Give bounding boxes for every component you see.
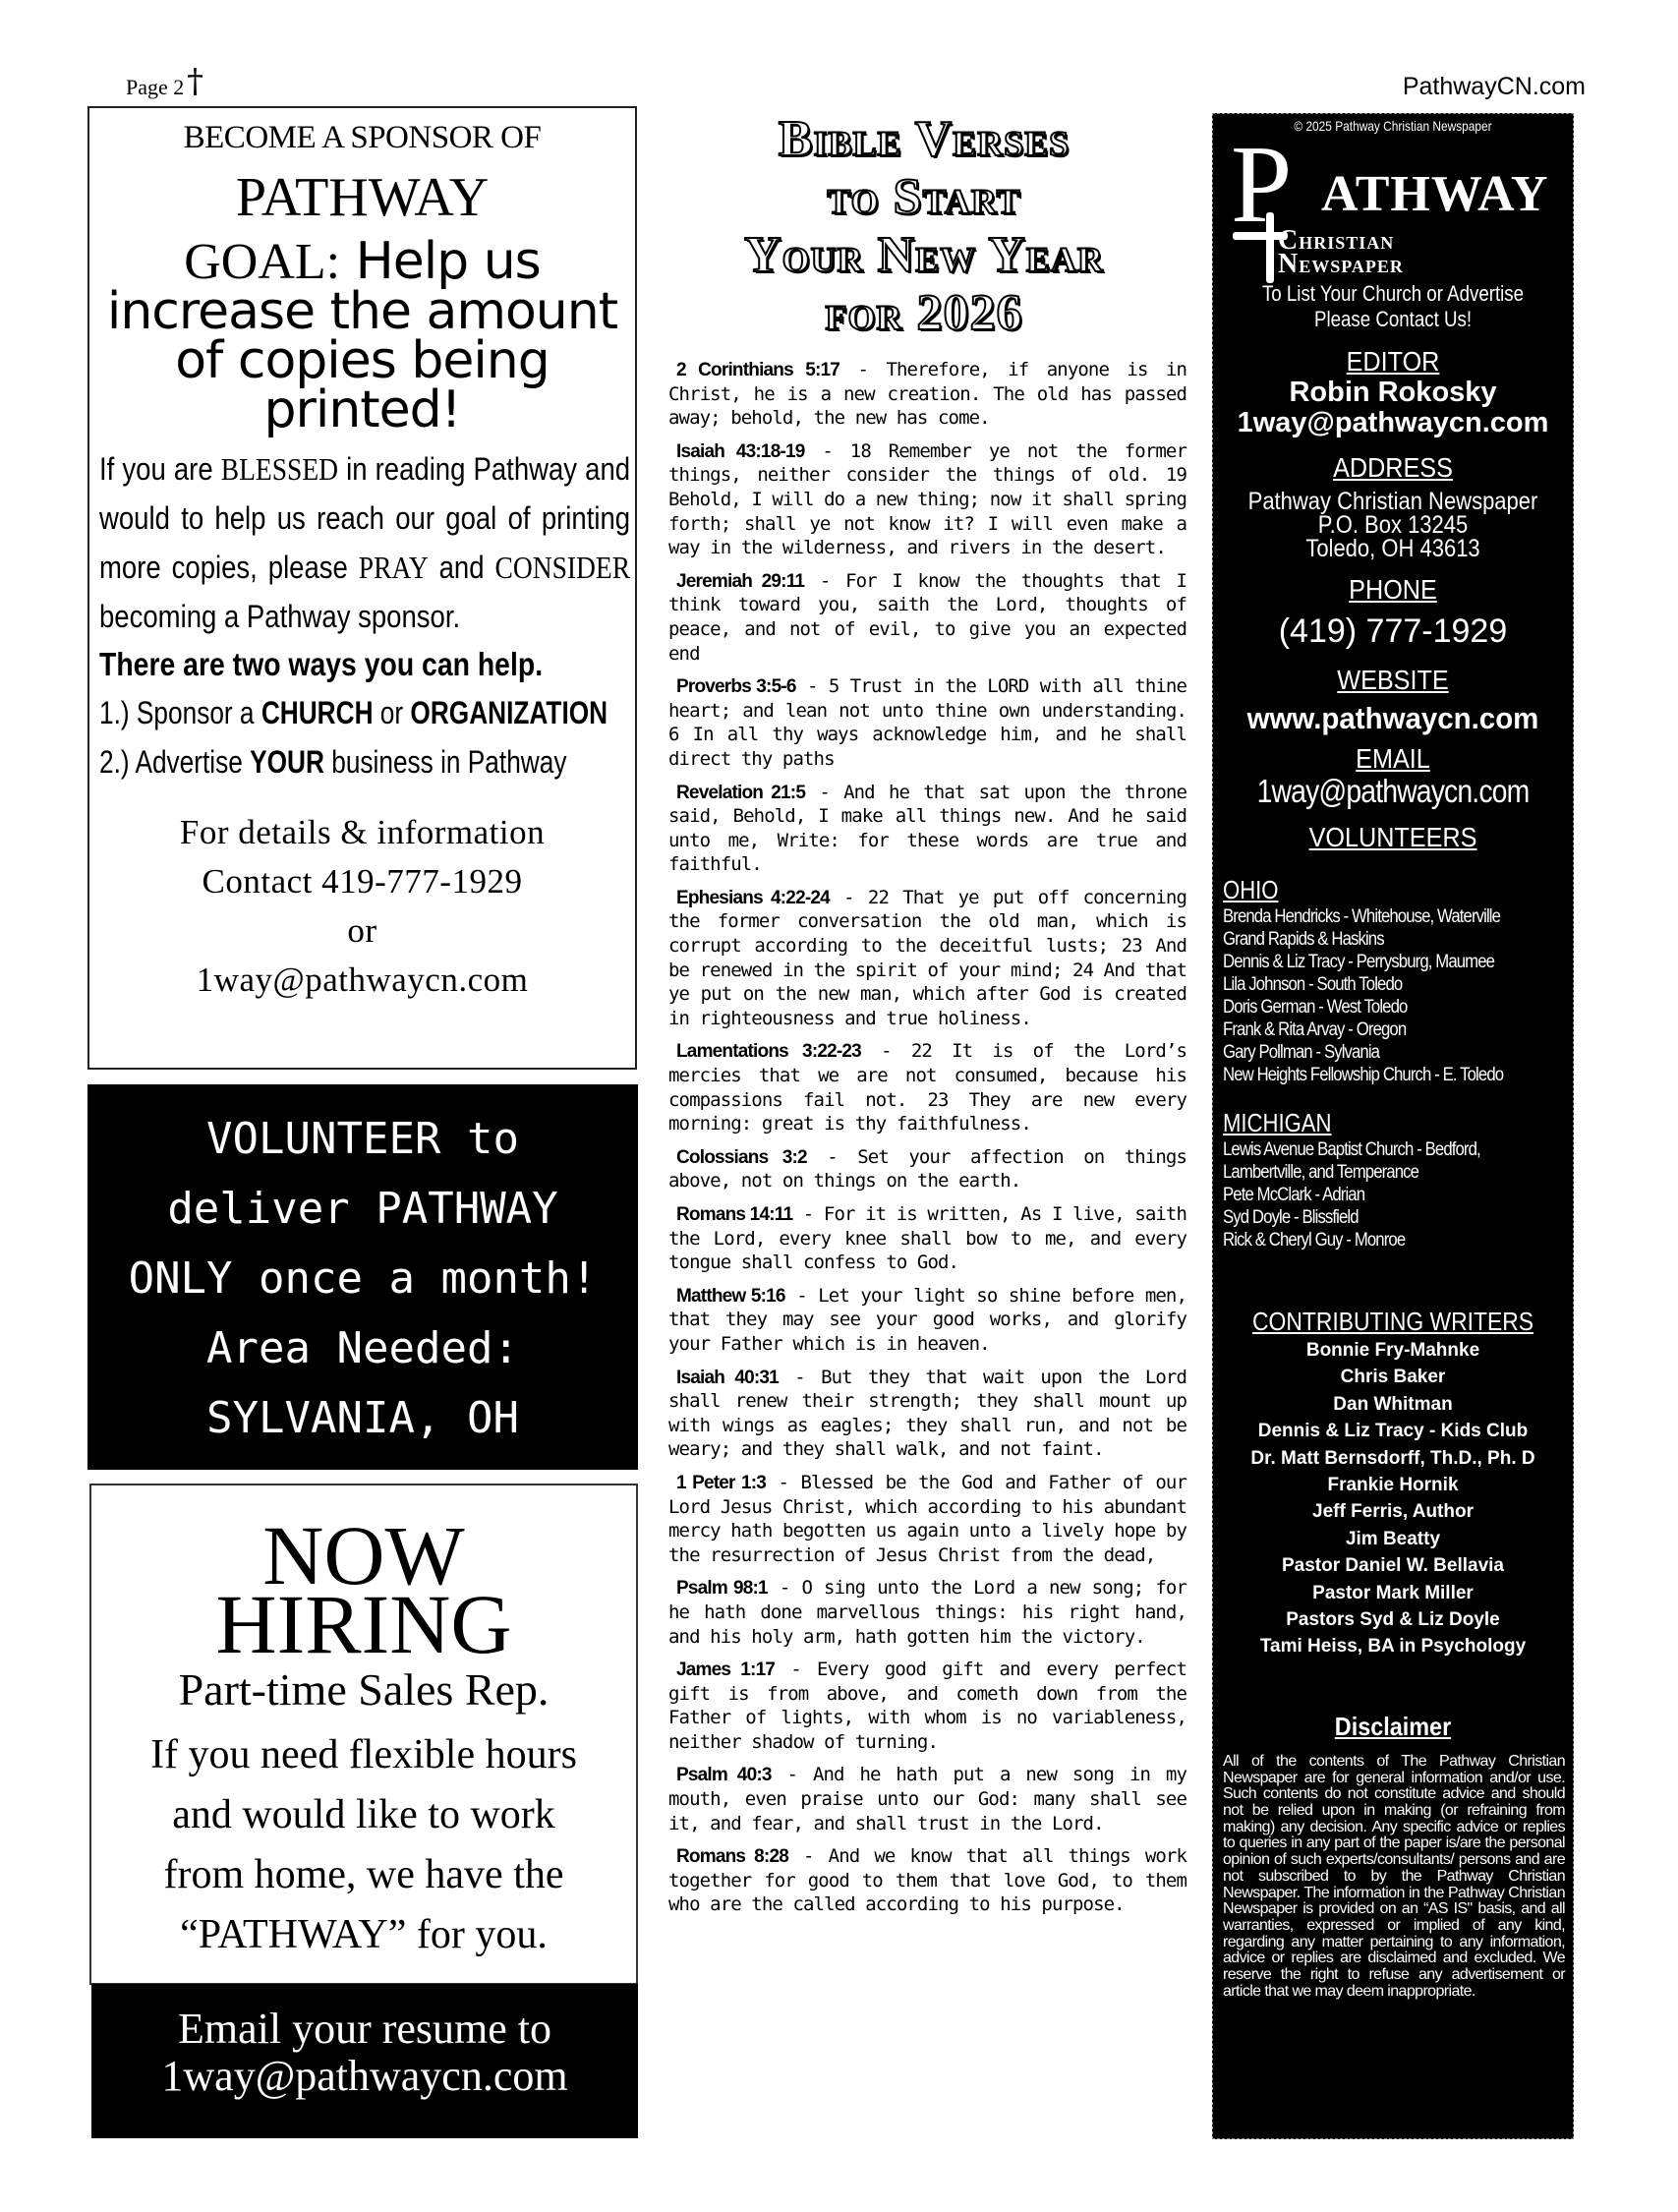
email-link[interactable]: 1way@pathwaycn.com <box>1239 775 1548 808</box>
verse-item: Isaiah 43:18-19 - 18 Remember ye not the… <box>668 439 1186 560</box>
volunteer-line: Area Needed: <box>87 1313 638 1383</box>
verse-item: Lamentations 3:22-23 - 22 It is of the L… <box>668 1039 1186 1135</box>
volunteer-line: ONLY once a month! <box>87 1244 638 1313</box>
verse-ref: Lamentations 3:22-23 <box>668 1041 861 1062</box>
volunteers-heading: VOLUNTEERS <box>1231 822 1554 853</box>
site-name: PathwayCN.com <box>1403 73 1586 101</box>
michigan-heading: MICHIGAN <box>1223 1108 1521 1138</box>
volunteer-item: Lila Johnson - South Toledo <box>1223 973 1531 996</box>
verse-item: 2 Corinthians 5:17 - Therefore, if anyon… <box>668 358 1186 431</box>
verse-ref: Isaiah 40:31 <box>668 1368 779 1388</box>
volunteer-line: SYLVANIA, OH <box>87 1383 638 1453</box>
page-number: Page 2 <box>126 75 184 100</box>
volunteer-item: Gary Pollman - Sylvania <box>1223 1041 1531 1064</box>
volunteer-item: Grand Rapids & Haskins <box>1223 928 1531 951</box>
hiring-headline: NOW HIRING <box>91 1521 636 1659</box>
writer-item: Pastor Mark Miller <box>1213 1580 1573 1606</box>
verse-ref: Ephesians 4:22-24 <box>668 888 830 908</box>
disclaimer-heading: Disclaimer <box>1231 1712 1554 1742</box>
website-link[interactable]: www.pathwaycn.com <box>1222 700 1564 737</box>
verse-ref: Proverbs 3:5-6 <box>668 676 796 697</box>
verse-ref: Psalm 98:1 <box>668 1578 768 1599</box>
sponsor-contact: For details & information Contact 419-77… <box>89 808 635 1005</box>
listing-cta: To List Your Church or Advertise Please … <box>1240 281 1545 332</box>
ohio-heading: OHIO <box>1223 875 1521 905</box>
volunteer-item: Frank & Rita Arvay - Oregon <box>1223 1019 1531 1041</box>
pathway-logo: P ATHWAY CHRISTIAN NEWSPAPER <box>1213 134 1573 281</box>
verse-ref: Isaiah 43:18-19 <box>668 441 805 462</box>
verse-ref: Jeremiah 29:11 <box>668 571 804 592</box>
verse-item: Isaiah 40:31 - But they that wait upon t… <box>668 1366 1186 1462</box>
verse-ref: Romans 8:28 <box>668 1846 788 1867</box>
volunteer-item: Doris German - West Toledo <box>1223 996 1531 1019</box>
email-heading: EMAIL <box>1231 743 1554 775</box>
hiring-role: Part-time Sales Rep. <box>91 1662 636 1717</box>
hiring-ad: NOW HIRING Part-time Sales Rep. If you n… <box>89 1484 638 1985</box>
cross-icon: † <box>187 65 203 98</box>
sponsor-title: PATHWAY <box>89 166 635 229</box>
verse-ref: James 1:17 <box>668 1659 775 1680</box>
verse-item: Jeremiah 29:11 - For I know the thoughts… <box>668 569 1186 666</box>
editor-email[interactable]: 1way@pathwaycn.com <box>1213 408 1573 438</box>
verse-ref: 1 Peter 1:3 <box>668 1473 766 1493</box>
volunteer-item: Pete McClark - Adrian <box>1223 1184 1531 1206</box>
disclaimer-text: All of the contents of The Pathway Chris… <box>1223 1754 1565 2001</box>
masthead-sidebar: © 2025 Pathway Christian Newspaper P ATH… <box>1212 113 1574 2139</box>
writer-item: Chris Baker <box>1213 1364 1573 1390</box>
volunteer-item: Dennis & Liz Tracy - Perrysburg, Maumee <box>1223 951 1531 973</box>
volunteer-item: Syd Doyle - Blissfield <box>1223 1206 1531 1229</box>
phone-number[interactable]: (419) 777-1929 <box>1213 611 1573 651</box>
sponsor-phone[interactable]: Contact 419-777-1929 <box>89 857 635 906</box>
verse-item: James 1:17 - Every good gift and every p… <box>668 1658 1186 1754</box>
writer-item: Tami Heiss, BA in Psychology <box>1213 1633 1573 1659</box>
verse-ref: Revelation 21:5 <box>668 783 805 803</box>
volunteer-line: VOLUNTEER to <box>87 1104 638 1174</box>
volunteer-item: Brenda Hendricks - Whitehouse, Watervill… <box>1223 905 1531 928</box>
sponsor-way-2: 2.) Advertise YOUR business in Pathway <box>99 737 539 786</box>
hiring-cta: Email your resume to 1way@pathwaycn.com <box>91 1984 638 2138</box>
verse-item: Proverbs 3:5-6 - 5 Trust in the LORD wit… <box>668 674 1186 771</box>
verse-item: Psalm 40:3 - And he hath put a new song … <box>668 1763 1186 1835</box>
writers-list: Bonnie Fry-Mahnke Chris Baker Dan Whitma… <box>1213 1337 1573 1660</box>
verse-ref: 2 Corinthians 5:17 <box>668 360 839 380</box>
verses-list: 2 Corinthians 5:17 - Therefore, if anyon… <box>668 358 1186 1926</box>
verse-item: Colossians 3:2 - Set your affection on t… <box>668 1145 1186 1193</box>
sponsor-email-link[interactable]: 1way@pathwaycn.com <box>89 956 635 1005</box>
volunteer-item: New Heights Fellowship Church - E. Toled… <box>1223 1064 1531 1086</box>
editor-heading: EDITOR <box>1231 346 1554 378</box>
verse-item: Psalm 98:1 - O sing unto the Lord a new … <box>668 1576 1186 1649</box>
verse-ref: Psalm 40:3 <box>668 1765 772 1785</box>
website-heading: WEBSITE <box>1231 665 1554 696</box>
volunteer-item: Lewis Avenue Baptist Church - Bedford, <box>1223 1138 1531 1161</box>
volunteer-ad: VOLUNTEER to deliver PATHWAY ONLY once a… <box>87 1084 638 1470</box>
sponsor-ad: BECOME A SPONSOR OF PATHWAY GOAL: Help u… <box>87 106 637 1070</box>
sponsor-way-1: 1.) Sponsor a CHURCH or ORGANIZATION <box>99 688 539 737</box>
volunteer-item: Lambertville, and Temperance <box>1223 1161 1531 1184</box>
verse-item: Romans 8:28 - And we know that all thing… <box>668 1844 1186 1917</box>
sponsor-body: If you are BLESSED in reading Pathway an… <box>99 444 630 641</box>
address-heading: ADDRESS <box>1231 452 1554 484</box>
logo-cross-icon <box>1266 212 1274 283</box>
verse-item: Ephesians 4:22-24 - 22 That ye put off c… <box>668 886 1186 1031</box>
verse-item: Matthew 5:16 - Let your light so shine b… <box>668 1284 1186 1357</box>
volunteer-line: deliver PATHWAY <box>87 1174 638 1244</box>
verse-item: Revelation 21:5 - And he that sat upon t… <box>668 781 1186 877</box>
writer-item: Jim Beatty <box>1213 1526 1573 1552</box>
writer-item: Dr. Matt Bernsdorff, Th.D., Ph. D <box>1213 1445 1573 1472</box>
writer-item: Pastor Daniel W. Bellavia <box>1213 1552 1573 1579</box>
sponsor-kicker: BECOME A SPONSOR OF <box>89 120 635 156</box>
writer-item: Dennis & Liz Tracy - Kids Club <box>1213 1418 1573 1444</box>
verse-ref: Colossians 3:2 <box>668 1147 807 1168</box>
writer-item: Bonnie Fry-Mahnke <box>1213 1337 1573 1364</box>
verse-item: Romans 14:11 - For it is written, As I l… <box>668 1202 1186 1275</box>
volunteer-item: Rick & Cheryl Guy - Monroe <box>1223 1229 1531 1252</box>
hiring-body: If you need flexible hours and would lik… <box>91 1725 636 1965</box>
hiring-email-link[interactable]: 1way@pathwaycn.com <box>91 2053 638 2100</box>
writer-item: Frankie Hornik <box>1213 1472 1573 1498</box>
phone-heading: PHONE <box>1231 574 1554 606</box>
writer-item: Dan Whitman <box>1213 1391 1573 1418</box>
writers-heading: CONTRIBUTING WRITERS <box>1235 1307 1551 1337</box>
address: Pathway Christian Newspaper P.O. Box 132… <box>1235 490 1551 560</box>
verse-item: 1 Peter 1:3 - Blessed be the God and Fat… <box>668 1471 1186 1567</box>
verse-ref: Matthew 5:16 <box>668 1286 785 1307</box>
sponsor-goal: GOAL: Help us increase the amount of cop… <box>89 237 635 435</box>
writer-item: Jeff Ferris, Author <box>1213 1498 1573 1525</box>
verse-ref: Romans 14:11 <box>668 1204 792 1225</box>
volunteers-list: OHIO Brenda Hendricks - Whitehouse, Wate… <box>1213 875 1573 1252</box>
verses-title: Bible Verses to Start Your New Year for … <box>659 110 1189 342</box>
sponsor-help-heading: There are two ways you can help. <box>99 641 560 688</box>
writer-item: Pastors Syd & Liz Doyle <box>1213 1606 1573 1633</box>
editor-name: Robin Rokosky <box>1213 378 1573 408</box>
